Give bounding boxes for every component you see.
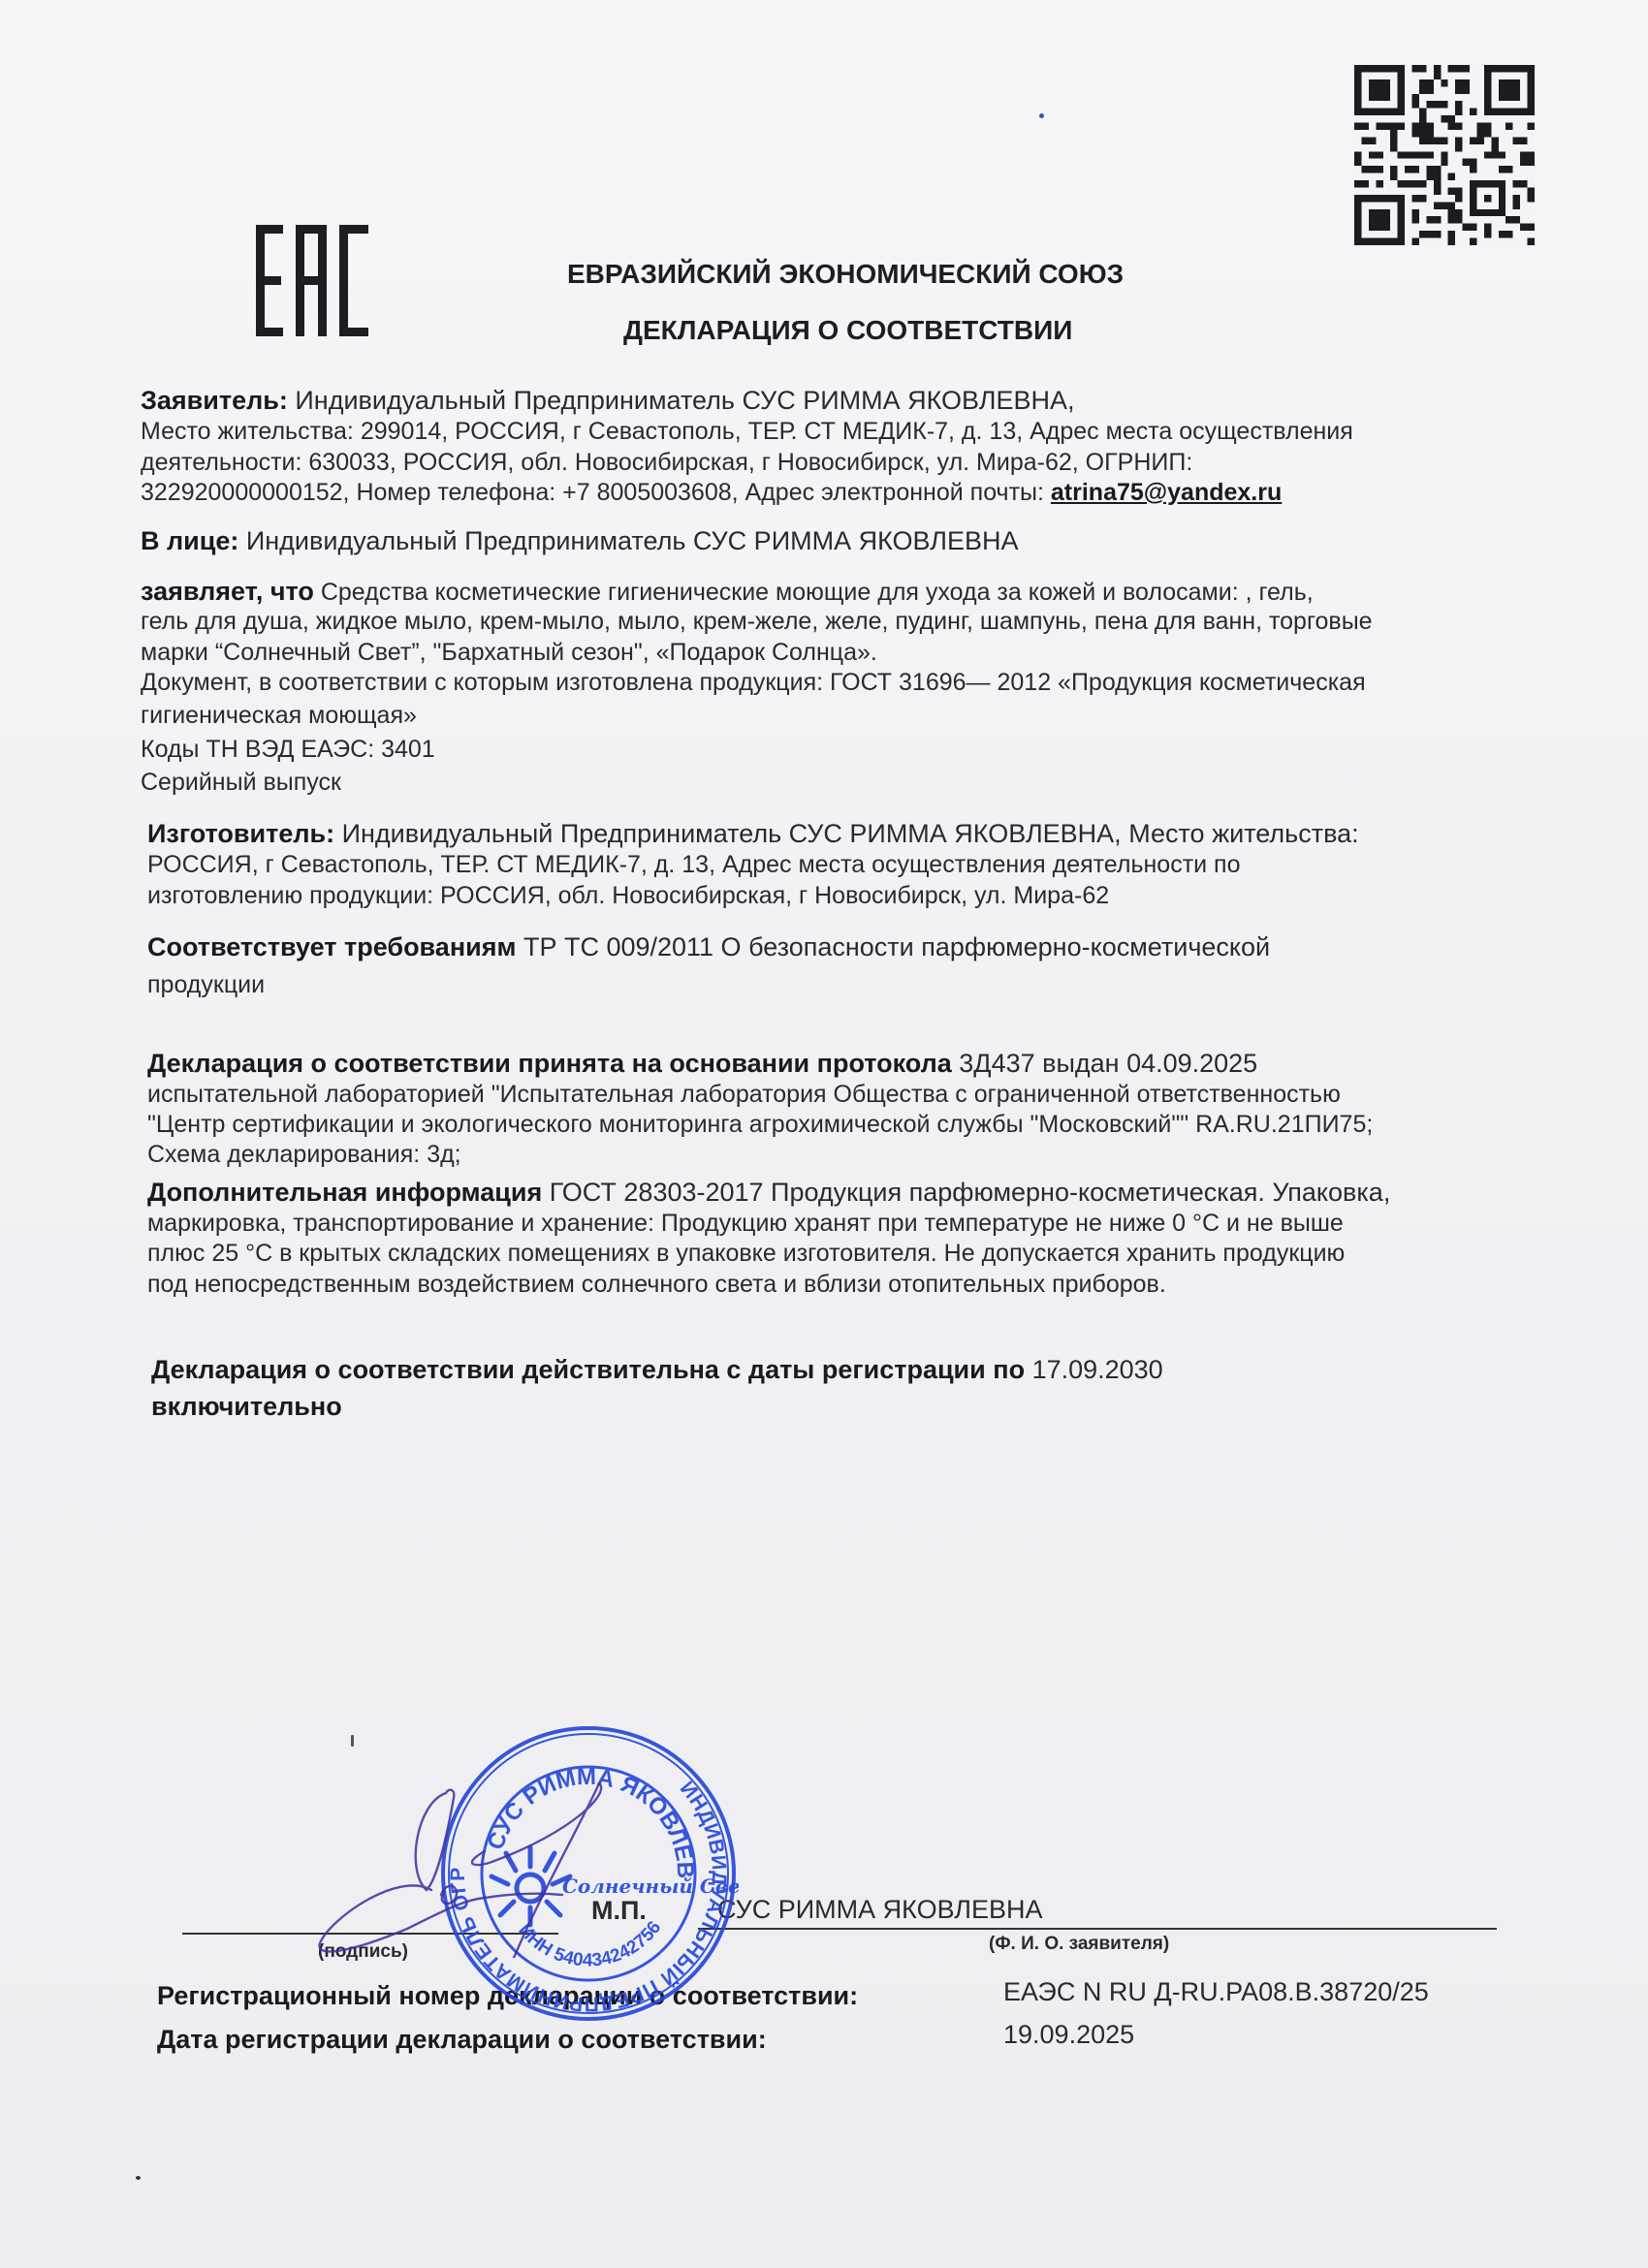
declares-line-2: гель для душа, жидкое мыло, крем-мыло, м… bbox=[141, 607, 1373, 636]
protocol-line-1: Декларация о соответствии принята на осн… bbox=[147, 1049, 1257, 1078]
manufacturer-label: Изготовитель: bbox=[147, 819, 334, 848]
compliance-line-2: продукции bbox=[147, 970, 265, 999]
stamp-outer-text: ИНДИВИДУАЛЬНЫЙ ПРЕДПРИНИМАТЕЛЬ ОГРНИП 32… bbox=[438, 1723, 730, 2015]
name-caption: (Ф. И. О. заявителя) bbox=[989, 1934, 1169, 1955]
protocol-line-2: испытательной лабораторией "Испытательна… bbox=[147, 1080, 1341, 1109]
scan-speck bbox=[136, 2176, 141, 2180]
serial-release: Серийный выпуск bbox=[141, 768, 341, 797]
manufacturer-line-3: изготовлению продукции: РОССИЯ, обл. Нов… bbox=[147, 881, 1109, 910]
official-stamp-icon: ИНДИВИДУАЛЬНЫЙ ПРЕДПРИНИМАТЕЛЬ ОГРНИП 32… bbox=[438, 1723, 739, 2024]
registration-date-value: 19.09.2025 bbox=[1003, 2020, 1134, 2049]
registration-number-label: Регистрационный номер декларации о соотв… bbox=[157, 1981, 858, 2010]
validity-label: Декларация о соответствии действительна … bbox=[151, 1355, 1025, 1384]
additional-label: Дополнительная информация bbox=[147, 1178, 542, 1207]
declaration-page: ЕВРАЗИЙСКИЙ ЭКОНОМИЧЕСКИЙ СОЮЗ ДЕКЛАРАЦИ… bbox=[0, 0, 1648, 2268]
svg-text:ИНН 540434242756: ИНН 540434242756 bbox=[514, 1917, 665, 1970]
eac-logo-icon bbox=[254, 225, 370, 336]
applicant-line-4: 322920000000152, Номер телефона: +7 8005… bbox=[141, 478, 1282, 507]
additional-line-4: под непосредственным воздействием солнеч… bbox=[147, 1270, 1166, 1299]
manufacturer-line-2: РОССИЯ, г Севастополь, ТЕР. СТ МЕДИК-7, … bbox=[147, 850, 1241, 879]
validity-date: 17.09.2030 bbox=[1025, 1355, 1163, 1384]
union-title: ЕВРАЗИЙСКИЙ ЭКОНОМИЧЕСКИЙ СОЮЗ bbox=[567, 259, 1124, 290]
declaration-scheme: Схема декларирования: 3д; bbox=[147, 1140, 461, 1169]
declares-line-5: гигиеническая моющая» bbox=[141, 701, 417, 730]
manufacturer-line-1: Изготовитель: Индивидуальный Предпринима… bbox=[147, 819, 1359, 848]
tnved-code: Коды ТН ВЭД ЕАЭС: 3401 bbox=[141, 735, 435, 764]
validity-line-2: включительно bbox=[151, 1392, 342, 1421]
applicant-email-link[interactable]: atrina75@yandex.ru bbox=[1051, 479, 1282, 506]
document-title: ДЕКЛАРАЦИЯ О СООТВЕТСТВИИ bbox=[623, 315, 1072, 346]
qr-code-icon[interactable] bbox=[1354, 65, 1535, 245]
seal-label: М.П. bbox=[591, 1896, 647, 1925]
protocol-label: Декларация о соответствии принята на осн… bbox=[147, 1049, 952, 1078]
validity-line-1: Декларация о соответствии действительна … bbox=[151, 1355, 1163, 1384]
applicant-label: Заявитель: bbox=[141, 386, 288, 415]
signature-line bbox=[182, 1933, 558, 1935]
applicant-line-2: Место жительства: 299014, РОССИЯ, г Сева… bbox=[141, 417, 1353, 446]
scan-speck bbox=[1039, 113, 1044, 118]
declares-line-1: заявляет, что Средства косметические гиг… bbox=[141, 577, 1314, 607]
scan-mark bbox=[351, 1735, 354, 1747]
svg-text:Солнечный Свет: Солнечный Свет bbox=[562, 1874, 739, 1898]
representative-label: В лице: bbox=[141, 526, 238, 555]
representative-line: В лице: Индивидуальный Предприниматель С… bbox=[141, 526, 1018, 555]
declares-line-4: Документ, в соответствии с которым изгот… bbox=[141, 668, 1366, 697]
compliance-line-1: Соответствует требованиям ТР ТС 009/2011… bbox=[147, 932, 1270, 961]
svg-text:СУС РИММА ЯКОВЛЕВНА: СУС РИММА ЯКОВЛЕВНА bbox=[438, 1723, 698, 1879]
name-line bbox=[698, 1928, 1497, 1930]
signature-scribble-icon bbox=[291, 1783, 611, 1958]
compliance-label: Соответствует требованиям bbox=[147, 932, 516, 961]
registration-number-value: ЕАЭС N RU Д-RU.PA08.B.38720/25 bbox=[1003, 1977, 1429, 2006]
declares-line-3: марки “Солнечный Свет”, "Бархатный сезон… bbox=[141, 638, 877, 667]
applicant-line-1: Заявитель: Индивидуальный Предпринимател… bbox=[141, 386, 1074, 415]
additional-line-1: Дополнительная информация ГОСТ 28303-201… bbox=[147, 1178, 1390, 1207]
additional-line-3: плюс 25 °С в крытых складских помещениях… bbox=[147, 1239, 1345, 1268]
additional-line-2: маркировка, транспортирование и хранение… bbox=[147, 1209, 1344, 1238]
registration-date-label: Дата регистрации декларации о соответств… bbox=[157, 2025, 767, 2054]
protocol-line-3: "Центр сертификации и экологического мон… bbox=[147, 1110, 1373, 1139]
applicant-name: СУС РИММА ЯКОВЛЕВНА bbox=[717, 1895, 1043, 1924]
applicant-line-3: деятельности: 630033, РОССИЯ, обл. Новос… bbox=[141, 448, 1192, 477]
declares-label: заявляет, что bbox=[141, 577, 314, 606]
svg-text:ИНДИВИДУАЛЬНЫЙ ПРЕДПРИНИМАТЕЛЬ: ИНДИВИДУАЛЬНЫЙ ПРЕДПРИНИМАТЕЛЬ ОГРНИП 32… bbox=[438, 1723, 730, 2015]
signature-caption: (подпись) bbox=[318, 1941, 408, 1963]
